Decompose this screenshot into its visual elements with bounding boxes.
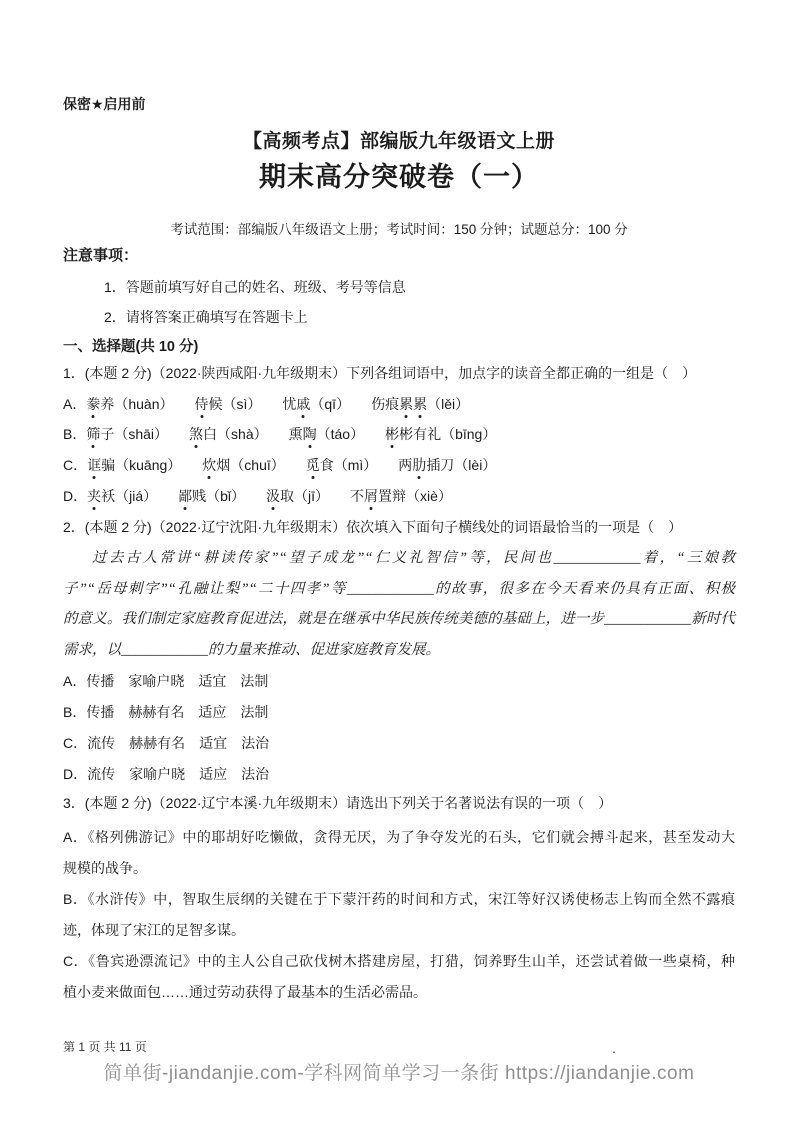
q3-option-c-line-1: C．《鲁宾逊漂流记》中的主人公自己砍伐树木搭建房屋，打猎，饲养野生山羊，还尝试着… [63, 952, 735, 971]
note-item-2: 2．请将答案正确填写在答题卡上 [104, 308, 735, 327]
q2-option-a: A．传播 家喻户晓 适宜 法制 [63, 672, 735, 691]
doc-subtitle: 【高频考点】部编版九年级语文上册 [63, 132, 735, 151]
q1-option-c: C．诓骗（kuāng） 炊烟（chuī） 觅食（mì） 两肋插刀（lèi） [63, 456, 735, 475]
q2-passage-line-2: 子”“岳母刺字”“孔融让梨”“二十四孝”等____________的故事，很多在… [63, 580, 735, 599]
q3-option-a-line-2: 规模的战争。 [63, 859, 735, 878]
q2-option-b: B．传播 赫赫有名 适应 法制 [63, 703, 735, 722]
exam-info: 考试范围：部编版八年级语文上册；考试时间：150 分钟；试题总分：100 分 [63, 220, 735, 239]
q2-passage-line-4: 需求，以____________的力量来推动、促进家庭教育发展。 [63, 641, 735, 660]
doc-title: 期末高分突破卷（一） [63, 168, 735, 187]
document-page: 保密★启用前 【高频考点】部编版九年级语文上册 期末高分突破卷（一） 考试范围：… [0, 0, 793, 1122]
site-watermark: 简单街-jiandanjie.com-学科网简单学习一条街 https://ji… [63, 1064, 735, 1083]
q2-stem: 2．(本题 2 分)（2022·辽宁沈阳·九年级期末）依次填入下面句子横线处的词… [63, 518, 735, 537]
security-notice: 保密★启用前 [63, 95, 735, 114]
stray-period-mark: . [612, 1040, 616, 1056]
q1-option-b: B．筛子（shāi） 煞白（shà） 熏陶（táo） 彬彬有礼（bīng） [63, 425, 735, 444]
q3-stem: 3．(本题 2 分)（2022·辽宁本溪·九年级期末）请选出下列关于名著说法有误… [63, 794, 735, 813]
notes-heading: 注意事项： [63, 246, 735, 265]
page-number-indicator: 第 1 页 共 11 页 [63, 1038, 735, 1057]
q3-option-c-line-2: 植小麦来做面包……通过劳动获得了最基本的生活必需品。 [63, 983, 735, 1002]
q2-option-d: D．流传 家喻户晓 适应 法治 [63, 765, 735, 784]
q3-option-a-line-1: A．《格列佛游记》中的耶胡好吃懒做，贪得无厌，为了争夺发光的石头，它们就会搏斗起… [63, 828, 735, 847]
note-item-1: 1．答题前填写好自己的姓名、班级、考号等信息 [104, 278, 735, 297]
q2-passage-line-3: 的意义。我们制定家庭教育促进法，就是在继承中华民族传统美德的基础上，进一步___… [63, 610, 735, 629]
section-heading: 一、选择题(共 10 分) [63, 338, 735, 357]
q2-passage-line-1: 过去古人常讲“耕读传家”“望子成龙”“仁义礼智信”等，民间也__________… [63, 549, 735, 568]
q2-option-c: C．流传 赫赫有名 适宜 法治 [63, 734, 735, 753]
q1-option-a: A．豢养（huàn） 侍候（sì） 忧戚（qī） 伤痕累累（lěi） [63, 395, 735, 414]
q1-stem: 1．(本题 2 分)（2022·陕西咸阳·九年级期末）下列各组词语中，加点字的读… [63, 364, 735, 383]
q3-option-b-line-1: B．《水浒传》中，智取生辰纲的关键在于下蒙汗药的时间和方式，宋江等好汉诱使杨志上… [63, 890, 735, 909]
q1-option-d: D．夹袄（jiá） 鄙贱（bǐ） 汲取（jī） 不屑置辩（xiè） [63, 487, 735, 506]
q3-option-b-line-2: 迹，体现了宋江的足智多谋。 [63, 921, 735, 940]
